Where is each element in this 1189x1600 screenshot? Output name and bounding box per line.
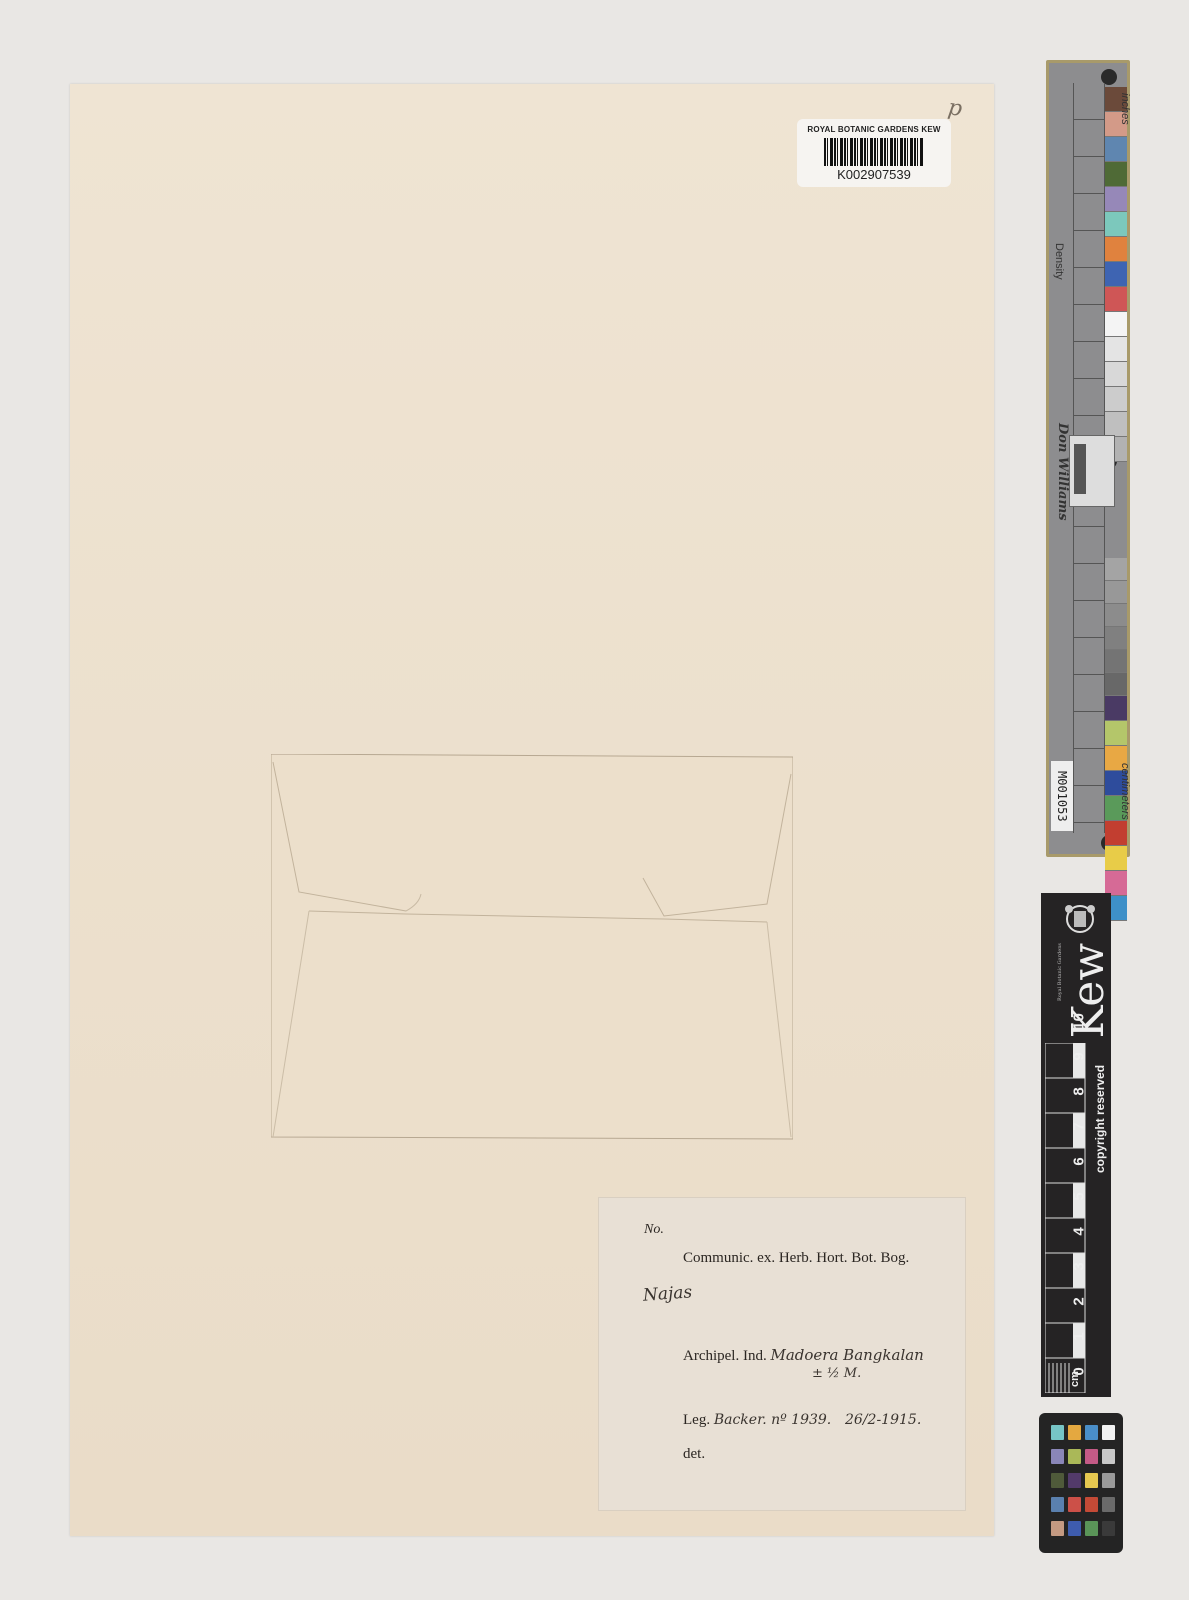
color-swatch	[1105, 387, 1127, 412]
locality-value: Madoera Bangkalan	[770, 1346, 923, 1364]
scale-number: 3	[1071, 1257, 1088, 1277]
color-swatch	[1105, 237, 1127, 262]
color-swatch	[1105, 262, 1127, 287]
checker-cell	[1051, 1497, 1064, 1512]
color-swatch	[1105, 287, 1127, 312]
checker-gray-cell	[1102, 1449, 1115, 1464]
checker-gray-cell	[1102, 1425, 1115, 1440]
kew-crest-icon	[1061, 899, 1099, 941]
scale-number: 10	[1071, 1012, 1088, 1032]
checker-cell	[1085, 1449, 1098, 1464]
locality-prefix: Archipel. Ind.	[683, 1348, 767, 1364]
color-swatch	[1105, 312, 1127, 337]
checker-cell	[1051, 1473, 1064, 1488]
pencil-mark: p	[946, 95, 963, 122]
color-swatch	[1105, 650, 1127, 673]
ruler-resolution-target	[1069, 435, 1115, 507]
scale-number: 4	[1071, 1222, 1088, 1242]
checker-cell	[1068, 1497, 1081, 1512]
scale-number: 8	[1071, 1082, 1088, 1102]
color-swatch	[1105, 581, 1127, 604]
barcode-number: K002907539	[797, 167, 951, 182]
checker-cell	[1068, 1521, 1081, 1536]
scale-number: 5	[1071, 1187, 1088, 1207]
herbarium-sheet: p ROYAL BOTANIC GARDENS KEW K002907539 N…	[70, 84, 994, 1536]
collector-prefix: Leg.	[683, 1412, 710, 1428]
label-communic-line: Communic. ex. Herb. Hort. Bot. Bog.	[683, 1250, 909, 1267]
color-swatch	[1105, 412, 1127, 437]
ruler-units-bottom: centimeters	[1119, 763, 1131, 820]
label-locality-line: Archipel. Ind. Madoera Bangkalan	[683, 1346, 924, 1365]
color-swatch	[1105, 821, 1127, 846]
color-swatch	[1105, 721, 1127, 746]
color-checker-card	[1039, 1413, 1123, 1553]
scale-number: 6	[1071, 1152, 1088, 1172]
scale-number: 1	[1071, 1327, 1088, 1347]
color-swatch	[1105, 212, 1127, 237]
scale-number: 0	[1071, 1362, 1088, 1382]
ruler-brand: Don Williams	[1055, 423, 1070, 521]
checker-cell	[1085, 1473, 1098, 1488]
color-swatch	[1105, 846, 1127, 871]
checker-cell	[1085, 1497, 1098, 1512]
color-swatch	[1105, 604, 1127, 627]
checker-cell	[1085, 1425, 1098, 1440]
checker-cell	[1068, 1473, 1081, 1488]
checker-cell	[1051, 1449, 1064, 1464]
color-swatch	[1105, 162, 1127, 187]
color-scale-ruler: inches centimeters Density Don Williams …	[1046, 60, 1130, 857]
checker-cell	[1085, 1521, 1098, 1536]
ruler-id-tag: M001053	[1051, 761, 1073, 831]
barcode-label: ROYAL BOTANIC GARDENS KEW K002907539	[797, 119, 951, 187]
scale-number: 2	[1071, 1292, 1088, 1312]
checker-cell	[1051, 1521, 1064, 1536]
color-swatch	[1105, 627, 1127, 650]
barcode-icon	[824, 138, 924, 166]
label-number-prefix: No.	[644, 1222, 664, 1238]
label-genus: Najas	[642, 1282, 692, 1305]
color-swatch	[1105, 696, 1127, 721]
color-swatch	[1105, 187, 1127, 212]
copyright-text: copyright reserved	[1093, 1043, 1107, 1173]
kew-small-text: Royal Botanic Gardens	[1057, 943, 1063, 1001]
color-swatch	[1105, 362, 1127, 387]
collector-value: Backer. nº 1939.	[714, 1412, 831, 1428]
color-swatch	[1105, 558, 1127, 581]
checker-cell	[1068, 1425, 1081, 1440]
checker-gray-cell	[1102, 1497, 1115, 1512]
checker-gray-cell	[1102, 1521, 1115, 1536]
ruler-units-top: inches	[1119, 93, 1131, 125]
ruler-density-label: Density	[1053, 243, 1065, 280]
specimen-label: No. Communic. ex. Herb. Hort. Bot. Bog. …	[598, 1197, 966, 1511]
label-determiner-prefix: det.	[683, 1446, 705, 1463]
checker-gray-cell	[1102, 1473, 1115, 1488]
checker-cell	[1051, 1425, 1064, 1440]
color-swatch	[1105, 337, 1127, 362]
scale-number: 9	[1071, 1047, 1088, 1067]
scale-number: 7	[1071, 1117, 1088, 1137]
checker-cell	[1068, 1449, 1081, 1464]
label-distance: ± ½ M.	[812, 1366, 861, 1381]
kew-scale-bar: Kew Royal Botanic Gardens copyright rese…	[1041, 893, 1111, 1397]
color-swatch	[1105, 137, 1127, 162]
collection-date: 26/2-1915.	[845, 1412, 921, 1428]
label-collector-line: Leg. Backer. nº 1939. 26/2-1915.	[683, 1412, 921, 1429]
color-swatch	[1105, 673, 1127, 696]
specimen-envelope	[271, 754, 793, 1144]
institution-name: ROYAL BOTANIC GARDENS KEW	[797, 125, 951, 134]
